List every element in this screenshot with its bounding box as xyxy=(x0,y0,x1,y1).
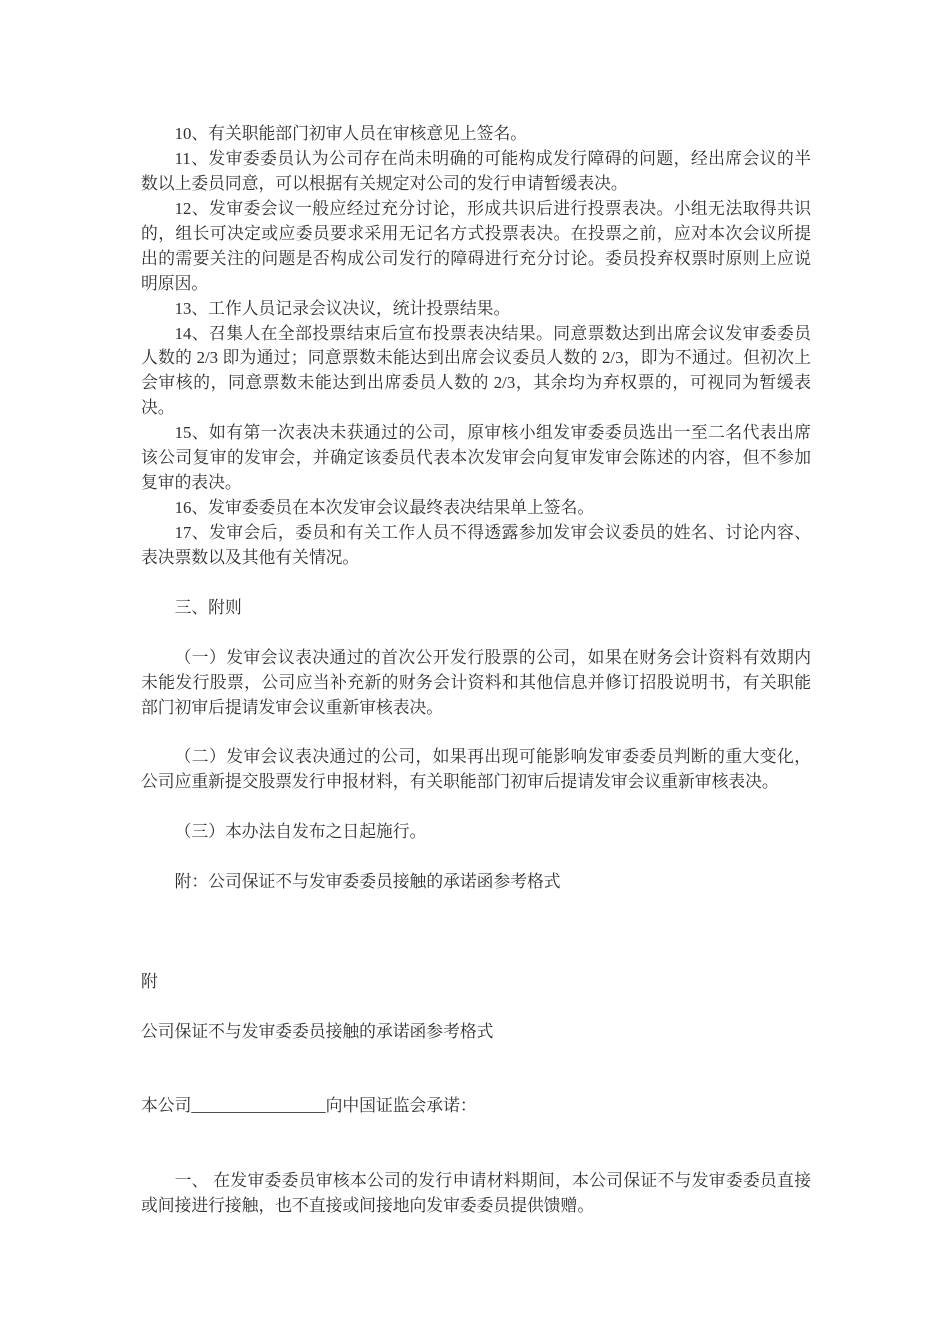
blank-line xyxy=(141,621,811,646)
paragraph: （三）本办法自发布之日起施行。 xyxy=(141,820,811,845)
paragraph: 一、 在发审委委员审核本公司的发行申请材料期间，本公司保证不与发审委委员直接或间… xyxy=(141,1169,811,1219)
paragraph: 17、发审会后，委员和有关工作人员不得透露参加发审会议委员的姓名、讨论内容、表决… xyxy=(141,521,811,571)
paragraph: 14、召集人在全部投票结束后宣布投票表决结果。同意票数达到出席会议发审委委员人数… xyxy=(141,322,811,422)
paragraph: 16、发审委委员在本次发审会议最终表决结果单上签名。 xyxy=(141,496,811,521)
blank-line xyxy=(141,720,811,745)
blank-line xyxy=(141,571,811,596)
paragraph: 三、附则 xyxy=(141,596,811,621)
document-page: 10、有关职能部门初审人员在审核意见上签名。11、发审委委员认为公司存在尚未明确… xyxy=(0,0,950,1344)
blank-line xyxy=(141,945,811,970)
paragraph: 本公司________________向中国证监会承诺： xyxy=(141,1094,811,1119)
paragraph: （二）发审会议表决通过的公司，如果再出现可能影响发审委委员判断的重大变化，公司应… xyxy=(141,745,811,795)
paragraph: 15、如有第一次表决未获通过的公司，原审核小组发审委委员选出一至二名代表出席该公… xyxy=(141,421,811,496)
blank-line xyxy=(141,1069,811,1094)
blank-line xyxy=(141,1144,811,1169)
paragraph: 11、发审委委员认为公司存在尚未明确的可能构成发行障碍的问题，经出席会议的半数以… xyxy=(141,147,811,197)
blank-line xyxy=(141,920,811,945)
paragraph: 13、工作人员记录会议决议，统计投票结果。 xyxy=(141,297,811,322)
paragraph: 附 xyxy=(141,970,811,995)
paragraph: 公司保证不与发审委委员接触的承诺函参考格式 xyxy=(141,1020,811,1045)
paragraph: 12、发审委会议一般应经过充分讨论，形成共识后进行投票表决。小组无法取得共识的，… xyxy=(141,197,811,297)
document-body: 10、有关职能部门初审人员在审核意见上签名。11、发审委委员认为公司存在尚未明确… xyxy=(141,122,811,1219)
paragraph: （一）发审会议表决通过的首次公开发行股票的公司，如果在财务会计资料有效期内未能发… xyxy=(141,646,811,721)
blank-line xyxy=(141,895,811,920)
blank-line xyxy=(141,1119,811,1144)
paragraph: 10、有关职能部门初审人员在审核意见上签名。 xyxy=(141,122,811,147)
blank-line xyxy=(141,1045,811,1070)
paragraph: 附：公司保证不与发审委委员接触的承诺函参考格式 xyxy=(141,870,811,895)
blank-line xyxy=(141,795,811,820)
blank-line xyxy=(141,995,811,1020)
blank-line xyxy=(141,845,811,870)
